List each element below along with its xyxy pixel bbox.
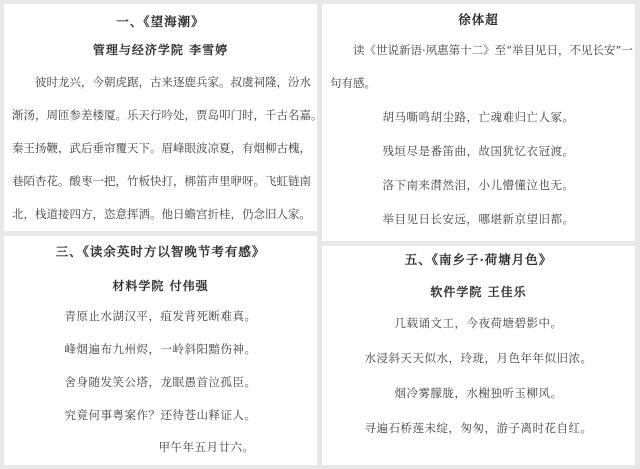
poem3-date-line: 甲午年五月廿六。: [4, 432, 317, 462]
poem3-author: 材料学院 付伟强: [4, 278, 317, 294]
poem3-title: 三、《读余英时方以智晚节考有感》: [4, 244, 317, 260]
poem5-verse-line: 水浸斜天天似水，玲珑，月色年年似旧浓。: [322, 341, 635, 376]
page-left-bottom: 三、《读余英时方以智晚节考有感》 材料学院 付伟强 青原止水湖汉平，疽发背死断难…: [4, 236, 317, 465]
document-canvas: 一、《望海潮》 管理与经济学院 李雪婷 彼时龙兴，今朝虎踞，古来逐鹿兵家。叔虞祠…: [0, 0, 640, 469]
page-right-bottom: 五、《南乡子·荷塘月色》 软件学院 王佳乐 几载诵文工，今夜荷塘碧影中。 水浸斜…: [322, 246, 635, 465]
poem3-verse-line: 舍身随发笑公塔，龙眠愚首泣孤臣。: [4, 366, 317, 399]
poem3-verse-line: 青原止水湖汉平，疽发背死断难真。: [4, 300, 317, 333]
poem4-verse-line: 洛下南来潸然泪，小儿懵懂泣也无。: [322, 168, 635, 202]
poem4-verse-line: 胡马嘶鸣胡尘路，亡魂难归亡人冢。: [322, 100, 635, 134]
left-column: 一、《望海潮》 管理与经济学院 李雪婷 彼时龙兴，今朝虎踞，古来逐鹿兵家。叔虞祠…: [4, 4, 317, 465]
poem4-verse-line: 举目见日长安远，哪堪新京望旧都。: [322, 202, 635, 236]
poem5-verse-line: 几载诵文工，今夜荷塘碧影中。: [322, 306, 635, 341]
poem1-paragraph-line: 渐汤，周匝参差楼厦。乐天行吟处，贾岛叩门时，千古名嘉。: [4, 99, 317, 132]
poem4-author-title: 徐体超: [322, 12, 635, 28]
poem4-preface-line: 读《世说新语·夙惠第十二》至“举目见日，不见长安”一: [322, 34, 635, 67]
poem1-paragraph-line: 巷陌杏花。酸枣一把，竹板快打，梆笛声里咿呀。飞虹链南: [4, 165, 317, 198]
poem3-verse-line: 峰烟遍布九州烬，一岭斜阳黯伤神。: [4, 333, 317, 366]
poem5-author: 软件学院 王佳乐: [322, 284, 635, 300]
poem4-verse-line: 残垣尽是番笛曲，故国犹忆衣冠渡。: [322, 134, 635, 168]
poem1-paragraph-line: 彼时龙兴，今朝虎踞，古来逐鹿兵家。叔虞祠隆，汾水: [4, 66, 317, 99]
poem1-author: 管理与经济学院 李雪婷: [4, 42, 317, 58]
poem4-preface-line: 句有感。: [322, 67, 635, 100]
right-column: 徐体超 读《世说新语·夙惠第十二》至“举目见日，不见长安”一 句有感。 胡马嘶鸣…: [322, 4, 635, 465]
poem5-verse-line: 寻遍石桥莲未绽，匆匆，游子离时花自红。: [322, 411, 635, 446]
poem3-verse-line: 究竟何事粤案作？还待苍山释证人。: [4, 399, 317, 432]
page-left-top: 一、《望海潮》 管理与经济学院 李雪婷 彼时龙兴，今朝虎踞，古来逐鹿兵家。叔虞祠…: [4, 4, 317, 231]
poem1-paragraph-line: 北，栈道接四方，恣意挥洒。他日蟾宫折桂，仍念旧人家。: [4, 198, 317, 231]
poem5-title: 五、《南乡子·荷塘月色》: [322, 252, 635, 268]
poem5-verse-line: 烟冷雾朦胧，水榭独听玉柳风。: [322, 376, 635, 411]
poem1-paragraph-line: 秦王扬鞭，武后垂帘覆天下。眉峰眼波凉夏，有烟柳古槐，: [4, 132, 317, 165]
page-right-top: 徐体超 读《世说新语·夙惠第十二》至“举目见日，不见长安”一 句有感。 胡马嘶鸣…: [322, 4, 635, 241]
poem1-title: 一、《望海潮》: [4, 14, 317, 30]
